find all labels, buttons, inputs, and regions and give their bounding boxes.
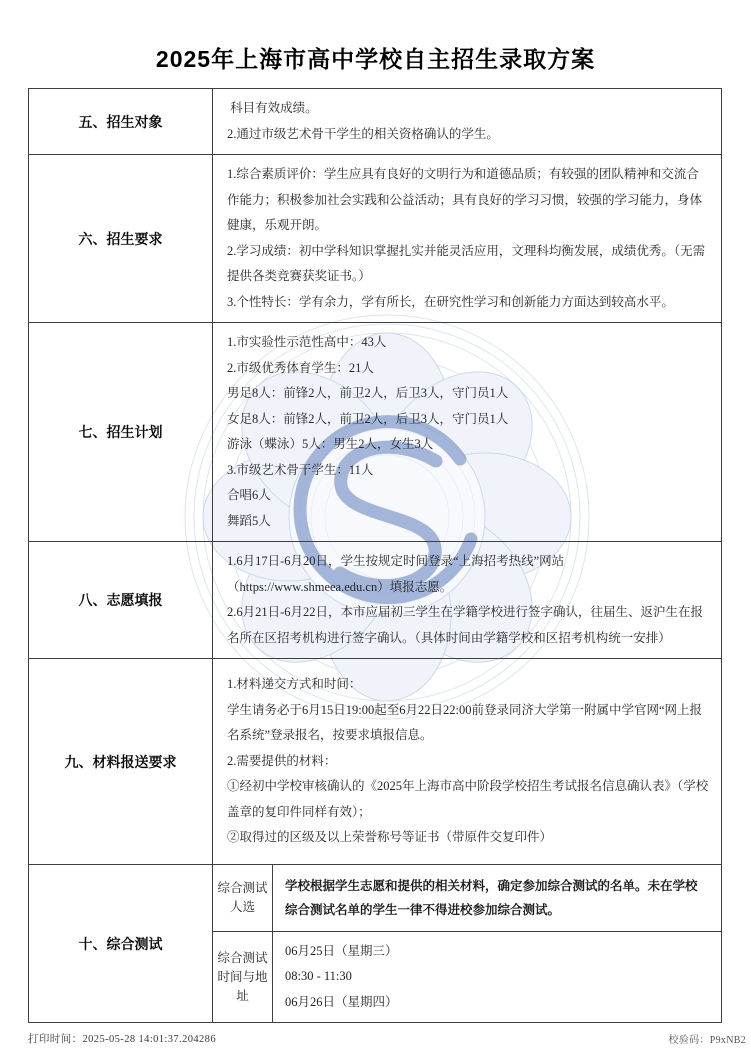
text-line: 06月25日（星期三）: [285, 939, 709, 965]
table-row-enrollment-plan: 七、招生计划 1.市实验性示范性高中：43人2.市级优秀体育学生：21人男足8人…: [29, 323, 721, 542]
check-code-label: 校验码：: [669, 1035, 710, 1046]
table-row-enrollment-requirements: 六、招生要求 1.综合素质评价：学生应具有良好的文明行为和道德品质；有较强的团队…: [29, 155, 721, 323]
row-label: 七、招生计划: [29, 323, 213, 541]
text-line: 2.学习成绩：初中学科知识掌握扎实并能灵活应用，文理科均衡发展，成绩优秀。（无需…: [227, 239, 709, 290]
sub-row-test-time-place: 综合测试时间与地址 06月25日（星期三）08:30 - 11:3006月26日…: [213, 932, 721, 1022]
table-row-material-submission: 九、材料报送要求 1.材料递交方式和时间：学生请务必于6月15日19:00起至6…: [29, 659, 721, 865]
row-content: 1.材料递交方式和时间：学生请务必于6月15日19:00起至6月22日22:00…: [213, 659, 721, 864]
sub-row-test-candidates: 综合测试人选 学校根据学生志愿和提供的相关材料，确定参加综合测试的名单。未在学校…: [213, 865, 721, 932]
text-line: 男足8人：前锋2人，前卫2人，后卫3人，守门员1人: [227, 381, 709, 407]
text-line: 08:30 - 11:30: [285, 964, 709, 990]
admission-plan-table: 五、招生对象 科目有效成绩。2.通过市级艺术骨干学生的相关资格确认的学生。 六、…: [28, 88, 722, 1023]
row-content: 1.6月17日-6月20日，学生按规定时间登录“上海招考热线”网站（https:…: [213, 542, 721, 658]
check-code-value: P9xNB2: [710, 1035, 746, 1046]
text-line: （https://www.shmeea.edu.cn）填报志愿。: [227, 575, 709, 601]
text-line: 2.通过市级艺术骨干学生的相关资格确认的学生。: [227, 122, 709, 148]
text-line: 06月26日（星期四）: [285, 990, 709, 1016]
row-content: 1.综合素质评价：学生应具有良好的文明行为和道德品质；有较强的团队精神和交流合作…: [213, 155, 721, 322]
text-line: 1.综合素质评价：学生应具有良好的文明行为和道德品质；有较强的团队精神和交流合作…: [227, 162, 709, 239]
print-time-value: 2025-05-28 14:01:37.204286: [83, 1034, 216, 1045]
text-line: 2.6月21日-6月22日，本市应届初三学生在学籍学校进行签字确认，往届生、返沪…: [227, 600, 709, 651]
text-line: 游泳（蝶泳）5人：男生2人，女生3人: [227, 432, 709, 458]
text-line: 合唱6人: [227, 483, 709, 509]
table-row-enrollment-target: 五、招生对象 科目有效成绩。2.通过市级艺术骨干学生的相关资格确认的学生。: [29, 89, 721, 155]
sub-row-label: 综合测试人选: [213, 865, 273, 931]
check-code: 校验码：P9xNB2: [669, 1031, 746, 1046]
row-label: 六、招生要求: [29, 155, 213, 322]
text-line: ②取得过的区级及以上荣誉称号等证书（带原件交复印件）: [227, 825, 709, 851]
text-line: 舞蹈5人: [227, 509, 709, 535]
print-time: 打印时间：2025-05-28 14:01:37.204286: [28, 1031, 216, 1046]
row-content: 科目有效成绩。2.通过市级艺术骨干学生的相关资格确认的学生。: [213, 89, 721, 154]
text-line: 1.市实验性示范性高中：43人: [227, 330, 709, 356]
document-page: 2025年上海市高中学校自主招生录取方案 五、招生对象 科目有效成绩。2.通过市…: [0, 0, 751, 1063]
print-time-label: 打印时间：: [28, 1034, 83, 1045]
row-content: 1.市实验性示范性高中：43人2.市级优秀体育学生：21人男足8人：前锋2人，前…: [213, 323, 721, 541]
row-label: 八、志愿填报: [29, 542, 213, 658]
text-line: 3.市级艺术骨干学生：11人: [227, 458, 709, 484]
sub-row-content: 学校根据学生志愿和提供的相关材料，确定参加综合测试的名单。未在学校综合测试名单的…: [273, 865, 721, 931]
row-label: 九、材料报送要求: [29, 659, 213, 864]
text-line: 女足8人：前锋2人，前卫2人，后卫3人，守门员1人: [227, 407, 709, 433]
text-line: 2.市级优秀体育学生：21人: [227, 356, 709, 382]
text-line: 科目有效成绩。: [227, 96, 709, 122]
text-line: 3.个性特长：学有余力，学有所长，在研究性学习和创新能力方面达到较高水平。: [227, 290, 709, 316]
sub-row-content: 06月25日（星期三）08:30 - 11:3006月26日（星期四）: [273, 932, 721, 1022]
comprehensive-test-subtable: 综合测试人选 学校根据学生志愿和提供的相关材料，确定参加综合测试的名单。未在学校…: [213, 865, 721, 1022]
text-line: 1.6月17日-6月20日，学生按规定时间登录“上海招考热线”网站: [227, 549, 709, 575]
text-line: 学生请务必于6月15日19:00起至6月22日22:00前登录同济大学第一附属中…: [227, 698, 709, 749]
table-row-comprehensive-test: 十、综合测试 综合测试人选 学校根据学生志愿和提供的相关材料，确定参加综合测试的…: [29, 865, 721, 1022]
row-label: 五、招生对象: [29, 89, 213, 154]
table-row-application-filing: 八、志愿填报 1.6月17日-6月20日，学生按规定时间登录“上海招考热线”网站…: [29, 542, 721, 659]
row-label: 十、综合测试: [29, 865, 213, 1022]
sub-row-label: 综合测试时间与地址: [213, 932, 273, 1022]
text-line: 1.材料递交方式和时间：: [227, 672, 709, 698]
text-line: 2.需要提供的材料：: [227, 749, 709, 775]
page-title: 2025年上海市高中学校自主招生录取方案: [0, 41, 751, 74]
text-line: ①经初中学校审核确认的《2025年上海市高中阶段学校招生考试报名信息确认表》（学…: [227, 774, 709, 825]
text-line: 学校根据学生志愿和提供的相关材料，确定参加综合测试的名单。未在学校综合测试名单的…: [285, 874, 709, 922]
